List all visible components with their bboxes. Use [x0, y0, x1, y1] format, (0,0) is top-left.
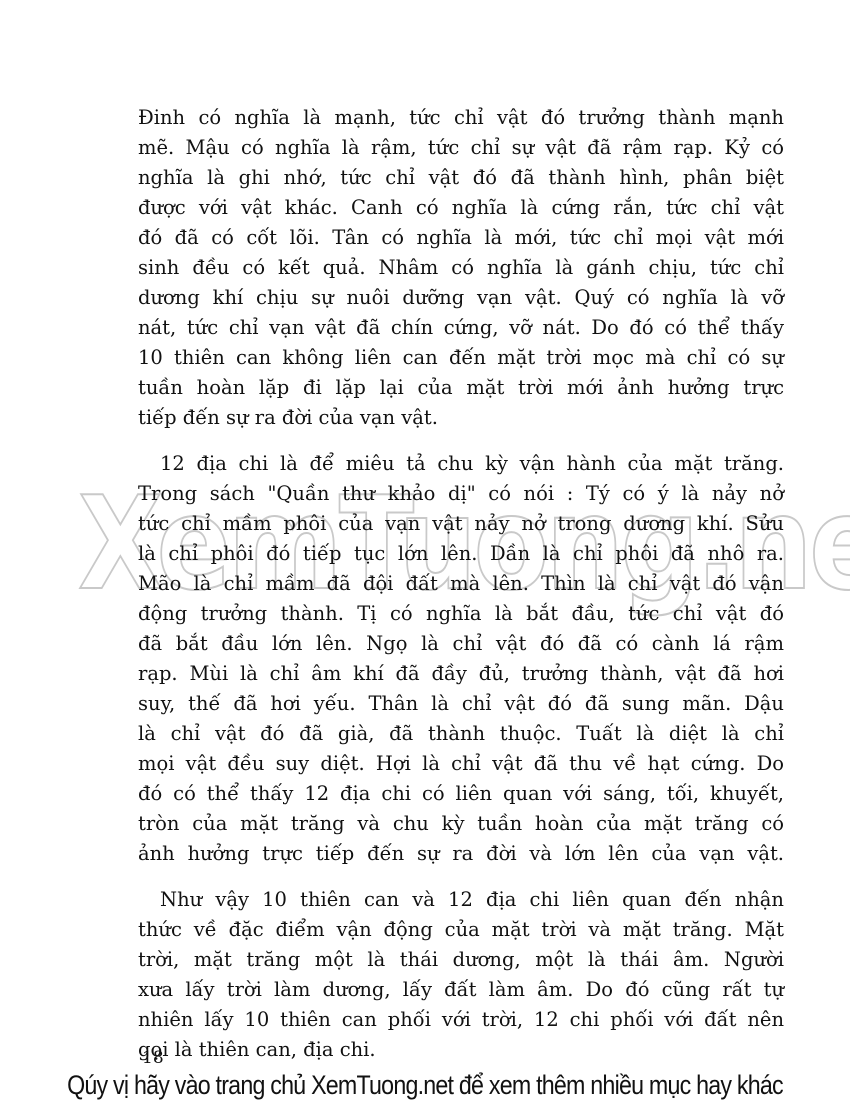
text-line: tròn của mặt trăng và chu kỳ tuần hoàn c…	[138, 809, 784, 839]
text-line: đó đã có cốt lõi. Tân có nghĩa là mới, t…	[138, 223, 784, 253]
text-line: Trong sách "Quần thư khảo dị" có nói : T…	[138, 479, 784, 509]
text-line: nát, tức chỉ vạn vật đã chín cứng, vỡ ná…	[138, 313, 784, 343]
text-line: động trưởng thành. Tị có nghĩa là bắt đầ…	[138, 599, 784, 629]
text-line: nghĩa là ghi nhớ, tức chỉ vật đó đã thàn…	[138, 163, 784, 193]
text-line: rạp. Mùi là chỉ âm khí đã đầy đủ, trưởng…	[138, 659, 784, 689]
text-line: 10 thiên can không liên can đến mặt trời…	[138, 343, 784, 373]
text-line: nhiên lấy 10 thiên can phối với trời, 12…	[138, 1005, 784, 1035]
page-number: 18	[142, 1048, 164, 1068]
text-line: Đinh có nghĩa là mạnh, tức chỉ vật đó tr…	[138, 103, 784, 133]
text-line: sinh đều có kết quả. Nhâm có nghĩa là gá…	[138, 253, 784, 283]
text-line: thức về đặc điểm vận động của mặt trời v…	[138, 915, 784, 945]
text-line: tuần hoàn lặp đi lặp lại của mặt trời mớ…	[138, 373, 784, 403]
text-line: Như vậy 10 thiên can và 12 địa chi liên …	[138, 885, 784, 915]
text-line: tức chỉ mầm phôi của vạn vật nảy nở tron…	[138, 509, 784, 539]
text-line: ảnh hưởng trực tiếp đến sự ra đời và lớn…	[138, 839, 784, 869]
text-line: đó có thể thấy 12 địa chi có liên quan v…	[138, 779, 784, 809]
text-line: đã bắt đầu lớn lên. Ngọ là chỉ vật đó đã…	[138, 629, 784, 659]
paragraph-1: Đinh có nghĩa là mạnh, tức chỉ vật đó tr…	[138, 103, 784, 433]
paragraph-3: Như vậy 10 thiên can và 12 địa chi liên …	[138, 885, 784, 1065]
text-line: mọi vật đều suy diệt. Hợi là chỉ vật đã …	[138, 749, 784, 779]
text-line: Mão là chỉ mầm đã đội đất mà lên. Thìn l…	[138, 569, 784, 599]
text-line: mẽ. Mậu có nghĩa là rậm, tức chỉ sự vật …	[138, 133, 784, 163]
text-line: 12 địa chi là để miêu tả chu kỳ vận hành…	[138, 449, 784, 479]
text-line: là chỉ phôi đó tiếp tục lớn lên. Dần là …	[138, 539, 784, 569]
footer-promo-text: Qúy vị hãy vào trang chủ XemTuong.net để…	[60, 1070, 791, 1101]
text-line: dương khí chịu sự nuôi dưỡng vạn vật. Qu…	[138, 283, 784, 313]
text-line: suy, thế đã hơi yếu. Thân là chỉ vật đó …	[138, 689, 784, 719]
text-line: tiếp đến sự ra đời của vạn vật.	[138, 403, 784, 433]
text-line: được với vật khác. Canh có nghĩa là cứng…	[138, 193, 784, 223]
page-body: Đinh có nghĩa là mạnh, tức chỉ vật đó tr…	[138, 103, 784, 1081]
paragraph-2: 12 địa chi là để miêu tả chu kỳ vận hành…	[138, 449, 784, 869]
text-line: trời, mặt trăng một là thái dương, một l…	[138, 945, 784, 975]
text-line: là chỉ vật đó đã già, đã thành thuộc. Tu…	[138, 719, 784, 749]
text-line: xưa lấy trời làm dương, lấy đất làm âm. …	[138, 975, 784, 1005]
text-line: gọi là thiên can, địa chi.	[138, 1035, 784, 1065]
